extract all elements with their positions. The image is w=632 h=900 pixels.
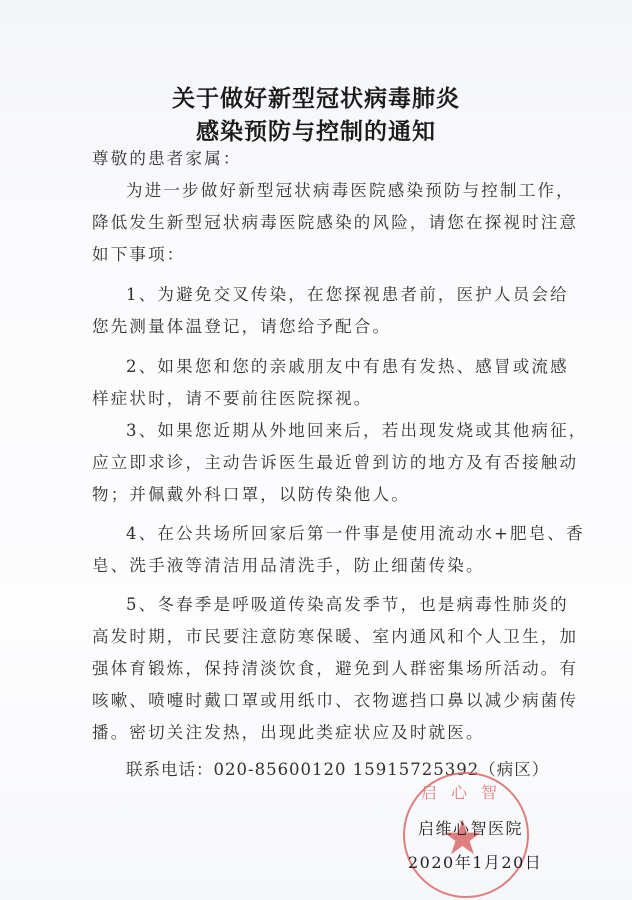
contact-phone: 联系电话：020-85600120 15915725392（病区） bbox=[126, 760, 576, 780]
item-3-line-3: 物；并佩戴外科口罩，以防传染他人。 bbox=[92, 485, 542, 505]
seal-text: 启心智 bbox=[405, 780, 527, 803]
title-line-1: 关于做好新型冠状病毒肺炎 bbox=[0, 80, 632, 113]
item-5-line-5: 播。密切关注发热，出现此类症状应及时就医。 bbox=[92, 723, 542, 743]
salutation: 尊敬的患者家属： bbox=[92, 149, 542, 169]
item-1-line-1: 1、为避免交叉传染，在您探视患者前，医护人员会给 bbox=[126, 285, 576, 305]
hospital-signature: 启维心智医院 bbox=[418, 816, 523, 839]
item-5-line-1: 5、冬春季是呼吸道传染高发季节，也是病毒性肺炎的 bbox=[126, 595, 576, 615]
item-3-line-1: 3、如果您近期从外地回来后，若出现发烧或其他病征， bbox=[126, 421, 576, 441]
item-2-line-2: 样症状时，请不要前往医院探视。 bbox=[92, 389, 542, 409]
title-line-2: 感染预防与控制的通知 bbox=[0, 113, 632, 146]
issue-date: 2020年1月20日 bbox=[408, 850, 542, 873]
item-4-line-1: 4、在公共场所回家后第一件事是使用流动水+肥皂、香 bbox=[126, 524, 576, 544]
item-5-line-4: 咳嗽、喷嚏时戴口罩或用纸巾、衣物遮挡口鼻以减少病菌传 bbox=[92, 691, 542, 711]
item-5-line-2: 高发时期，市民要注意防寒保暖、室内通风和个人卫生，加 bbox=[92, 627, 542, 647]
item-1-line-2: 您先测量体温登记，请您给予配合。 bbox=[92, 317, 542, 337]
intro-line-3: 如下事项： bbox=[92, 245, 542, 265]
item-2-line-1: 2、如果您和您的亲戚朋友中有患有发热、感冒或流感 bbox=[126, 357, 576, 377]
item-4-line-2: 皂、洗手液等清洁用品清洗手，防止细菌传染。 bbox=[92, 556, 542, 576]
item-3-line-2: 应立即求诊，主动告诉医生最近曾到访的地方及有否接触动 bbox=[92, 453, 542, 473]
notice-document: 关于做好新型冠状病毒肺炎 感染预防与控制的通知 尊敬的患者家属： 为进一步做好新… bbox=[0, 0, 632, 900]
intro-line-2: 降低发生新型冠状病毒医院感染的风险，请您在探视时注意 bbox=[92, 213, 542, 233]
intro-line-1: 为进一步做好新型冠状病毒医院感染预防与控制工作， bbox=[126, 181, 576, 201]
item-5-line-3: 强体育锻炼，保持清淡饮食，避免到人群密集场所活动。有 bbox=[92, 659, 542, 679]
